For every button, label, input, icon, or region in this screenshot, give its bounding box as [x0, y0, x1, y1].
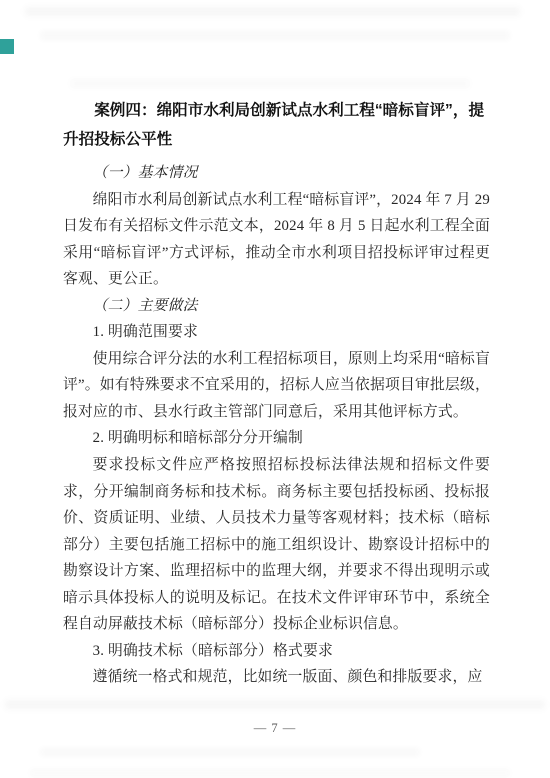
title-line-2: 升招投标公平性 — [63, 126, 490, 155]
bleedthrough-artifact — [5, 700, 545, 709]
paragraph-separate-compilation: 要求投标文件应严格按照招标投标法律法规和招标文件要求，分开编制商务标和技术标。商… — [63, 452, 490, 638]
section-heading-main-practices: （二）主要做法 — [63, 293, 490, 320]
page-content: 案例四：绵阳市水利局创新试点水利工程“暗标盲评”，提 升招投标公平性 （一）基本… — [63, 97, 490, 691]
paragraph-basic-situation: 绵阳市水利局创新试点水利工程“暗标盲评”，2024 年 7 月 29 日发布有关… — [63, 187, 490, 293]
section-heading-basic-situation: （一）基本情况 — [63, 160, 490, 187]
scanned-document-page: 案例四：绵阳市水利局创新试点水利工程“暗标盲评”，提 升招投标公平性 （一）基本… — [0, 0, 550, 778]
document-title: 案例四：绵阳市水利局创新试点水利工程“暗标盲评”，提 升招投标公平性 — [63, 97, 490, 154]
teal-marker-square — [0, 39, 14, 54]
bleedthrough-artifact — [25, 7, 520, 16]
title-line-1: 案例四：绵阳市水利局创新试点水利工程“暗标盲评”，提 — [63, 97, 490, 126]
subheading-scope-requirements: 1. 明确范围要求 — [63, 319, 490, 346]
bleedthrough-artifact — [40, 31, 510, 40]
bleedthrough-artifact — [70, 79, 470, 88]
subheading-separate-compilation: 2. 明确明标和暗标部分分开编制 — [63, 425, 490, 452]
paragraph-format-requirements: 遵循统一格式和规范，比如统一版面、颜色和排版要求，应 — [63, 664, 490, 691]
paragraph-scope-requirements: 使用综合评分法的水利工程招标项目，原则上均采用“暗标盲评”。如有特殊要求不宜采用… — [63, 346, 490, 426]
subheading-format-requirements: 3. 明确技术标（暗标部分）格式要求 — [63, 638, 490, 665]
bleedthrough-artifact — [30, 769, 510, 777]
bleedthrough-artifact — [40, 748, 420, 756]
page-number: — 7 — — [0, 721, 550, 736]
